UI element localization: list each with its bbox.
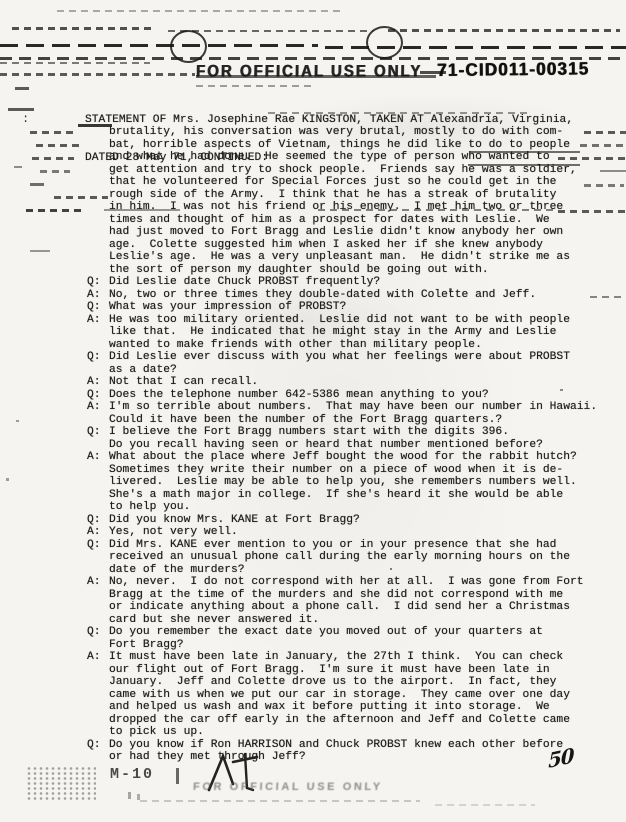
- official-use-stamp: FOR OFFICIAL USE ONLY: [196, 62, 422, 81]
- handwritten-page-number: 50: [548, 743, 573, 773]
- qa-line: to pick us up.: [87, 726, 607, 739]
- qa-line: or indicate anything about a phone call.…: [87, 601, 607, 614]
- qa-text: Does the telephone number 642-5386 mean …: [109, 389, 489, 401]
- scan-artifact: [16, 420, 19, 422]
- qa-label: Q:: [87, 351, 109, 364]
- qa-line: or had they met through Jeff?: [87, 751, 607, 764]
- qa-label: Q:: [87, 539, 109, 552]
- qa-line: A:What about the place where Jeff bought…: [87, 451, 607, 464]
- scan-artifact: [435, 804, 535, 806]
- body-line: that he volunteered for Special Forces j…: [87, 176, 607, 189]
- qa-text: I'm so terrible about numbers. That may …: [109, 401, 597, 413]
- body-line: brutality, his conversation was very bru…: [87, 126, 607, 139]
- qa-text: What was your impression of PROBST?: [109, 301, 346, 313]
- body-line: bat, horrible aspects of Vietnam, things…: [87, 139, 607, 152]
- body-line: times and thought of him as a prospect f…: [87, 214, 607, 227]
- qa-label: Q:: [87, 301, 109, 314]
- qa-line: A:No, never. I do not correspond with he…: [87, 576, 607, 589]
- qa-text: Did Mrs. KANE ever mention to you or in …: [109, 539, 556, 551]
- scan-artifact: [15, 87, 29, 90]
- statement-body: brutality, his conversation was very bru…: [87, 126, 607, 764]
- scan-artifact: [57, 10, 342, 12]
- qa-text: No, never. I do not correspond with her …: [109, 576, 584, 588]
- statement-header-line1: STATEMENT OF Mrs. Josephine Rae KINGSTON…: [85, 114, 573, 127]
- scan-artifact: [168, 30, 373, 32]
- scan-artifact: [128, 792, 131, 799]
- qa-label: Q:: [87, 514, 109, 527]
- qa-line: Bragg at the time of the murders and she…: [87, 589, 607, 602]
- punch-hole-mark: [170, 30, 207, 63]
- scan-artifact: [0, 62, 150, 64]
- qa-line: Fort Bragg?: [87, 639, 607, 652]
- qa-line: wanted to make friends with other than m…: [87, 339, 607, 352]
- body-line: Leslie's age. He was a very unpleasant m…: [87, 251, 607, 264]
- qa-label: Q:: [87, 426, 109, 439]
- qa-label: Q:: [87, 389, 109, 402]
- body-line: had just moved to Fort Bragg and Leslie …: [87, 226, 607, 239]
- qa-label: A:: [87, 451, 109, 464]
- qa-label: A:: [87, 526, 109, 539]
- scan-artifact: [30, 131, 78, 134]
- qa-line: card but she never answered it.: [87, 614, 607, 627]
- scan-artifact: [12, 27, 152, 30]
- scan-artifact: [8, 108, 34, 111]
- body-line: the sort of person my daughter should be…: [87, 264, 607, 277]
- scan-artifact: [30, 183, 44, 186]
- qa-label: A:: [87, 289, 109, 302]
- qa-line: like that. He indicated that he might st…: [87, 326, 607, 339]
- scan-artifact: [0, 73, 195, 76]
- qa-text: Did Leslie date Chuck PROBST frequently?: [109, 276, 380, 288]
- qa-line: Q:Do you remember the exact date you mov…: [87, 626, 607, 639]
- qa-text: Do you remember the exact date you moved…: [109, 626, 543, 638]
- qa-line: A:Not that I can recall.: [87, 376, 607, 389]
- qa-text: No, two or three times they double-dated…: [109, 289, 536, 301]
- qa-text: I believe the Fort Bragg numbers start w…: [109, 426, 509, 438]
- qa-line: and helped us wash and wax it before put…: [87, 701, 607, 714]
- qa-line: livered. Leslie may be able to help you,…: [87, 476, 607, 489]
- qa-text: He was too military oriented. Leslie did…: [109, 314, 570, 326]
- qa-text: Did Leslie ever discuss with you what he…: [109, 351, 570, 363]
- qa-label: Q:: [87, 739, 109, 752]
- qa-line: A:Yes, not very well.: [87, 526, 607, 539]
- qa-text: It must have been late in January, the 2…: [109, 651, 563, 663]
- qa-line: Q:Did Mrs. KANE ever mention to you or i…: [87, 539, 607, 552]
- document-page: FOR OFFICIAL USE ONLY 71-CID011-00315 ST…: [0, 0, 626, 822]
- qa-line: Q:Did you know Mrs. KANE at Fort Bragg?: [87, 514, 607, 527]
- scan-artifact: [140, 800, 420, 802]
- qa-line: Q:Do you know if Ron HARRISON and Chuck …: [87, 739, 607, 752]
- exhibit-mark: M-10: [110, 766, 154, 783]
- scan-artifact: [176, 768, 179, 784]
- qa-line: January. Jeff and Colette drove us to th…: [87, 676, 607, 689]
- scan-artifact: [36, 144, 80, 147]
- qa-line: A:It must have been late in January, the…: [87, 651, 607, 664]
- qa-line: date of the murders?: [87, 564, 607, 577]
- body-line: rough side of the Army. I think that he …: [87, 189, 607, 202]
- qa-text: Yes, not very well.: [109, 526, 238, 538]
- body-line: get attention and try to shock people. F…: [87, 164, 607, 177]
- qa-label: A:: [87, 401, 109, 414]
- qa-label: A:: [87, 651, 109, 664]
- qa-line: dropped the car off early in the afterno…: [87, 714, 607, 727]
- qa-line: She's a math major in college. If she's …: [87, 489, 607, 502]
- scan-artifact: :: [22, 112, 29, 126]
- qa-line: came with us when we put our car in stor…: [87, 689, 607, 702]
- qa-line: as a date?: [87, 364, 607, 377]
- scan-artifact: [40, 170, 70, 173]
- scan-artifact: [26, 209, 82, 212]
- faded-stamp-blob: [26, 766, 96, 802]
- qa-line: A:He was too military oriented. Leslie d…: [87, 314, 607, 327]
- qa-text: Do you know if Ron HARRISON and Chuck PR…: [109, 739, 563, 751]
- qa-line: A:I'm so terrible about numbers. That ma…: [87, 401, 607, 414]
- qa-line: Q:Did Leslie date Chuck PROBST frequentl…: [87, 276, 607, 289]
- scan-artifact: [6, 478, 9, 481]
- qa-text: What about the place where Jeff bought t…: [109, 451, 577, 463]
- qa-line: received an unusual phone call during th…: [87, 551, 607, 564]
- qa-line: Q:Does the telephone number 642-5386 mea…: [87, 389, 607, 402]
- body-line: age. Colette suggested him when I asked …: [87, 239, 607, 252]
- document-number: 71-CID011-00315: [437, 59, 589, 82]
- qa-line: Could it have been the number of the For…: [87, 414, 607, 427]
- punch-hole-mark: [366, 26, 403, 59]
- qa-line: Sometimes they write their number on a p…: [87, 464, 607, 477]
- qa-line: our flight out of Fort Bragg. I'm sure i…: [87, 664, 607, 677]
- qa-line: Q:What was your impression of PROBST?: [87, 301, 607, 314]
- qa-label: Q:: [87, 276, 109, 289]
- scan-artifact: [388, 29, 620, 32]
- qa-text: Did you know Mrs. KANE at Fort Bragg?: [109, 514, 360, 526]
- qa-label: A:: [87, 376, 109, 389]
- qa-label: A:: [87, 314, 109, 327]
- qa-label: Q:: [87, 626, 109, 639]
- qa-line: Do you recall having seen or heard that …: [87, 439, 607, 452]
- scan-artifact: [196, 85, 316, 87]
- body-line: and what he had done. He seemed the type…: [87, 151, 607, 164]
- qa-line: A:No, two or three times they double-dat…: [87, 289, 607, 302]
- body-line: in him. I was not his friend or his enem…: [87, 201, 607, 214]
- official-use-stamp-bottom: FOR OFFICIAL USE ONLY: [193, 781, 383, 793]
- scan-artifact: [0, 44, 318, 47]
- qa-line: Q:Did Leslie ever discuss with you what …: [87, 351, 607, 364]
- scan-artifact: [268, 112, 530, 114]
- qa-text: Not that I can recall.: [109, 376, 258, 388]
- qa-label: A:: [87, 576, 109, 589]
- scan-artifact: [32, 157, 74, 160]
- qa-line: Q:I believe the Fort Bragg numbers start…: [87, 426, 607, 439]
- scan-artifact: [30, 250, 50, 252]
- scan-artifact: [14, 166, 22, 168]
- qa-line: to help you.: [87, 501, 607, 514]
